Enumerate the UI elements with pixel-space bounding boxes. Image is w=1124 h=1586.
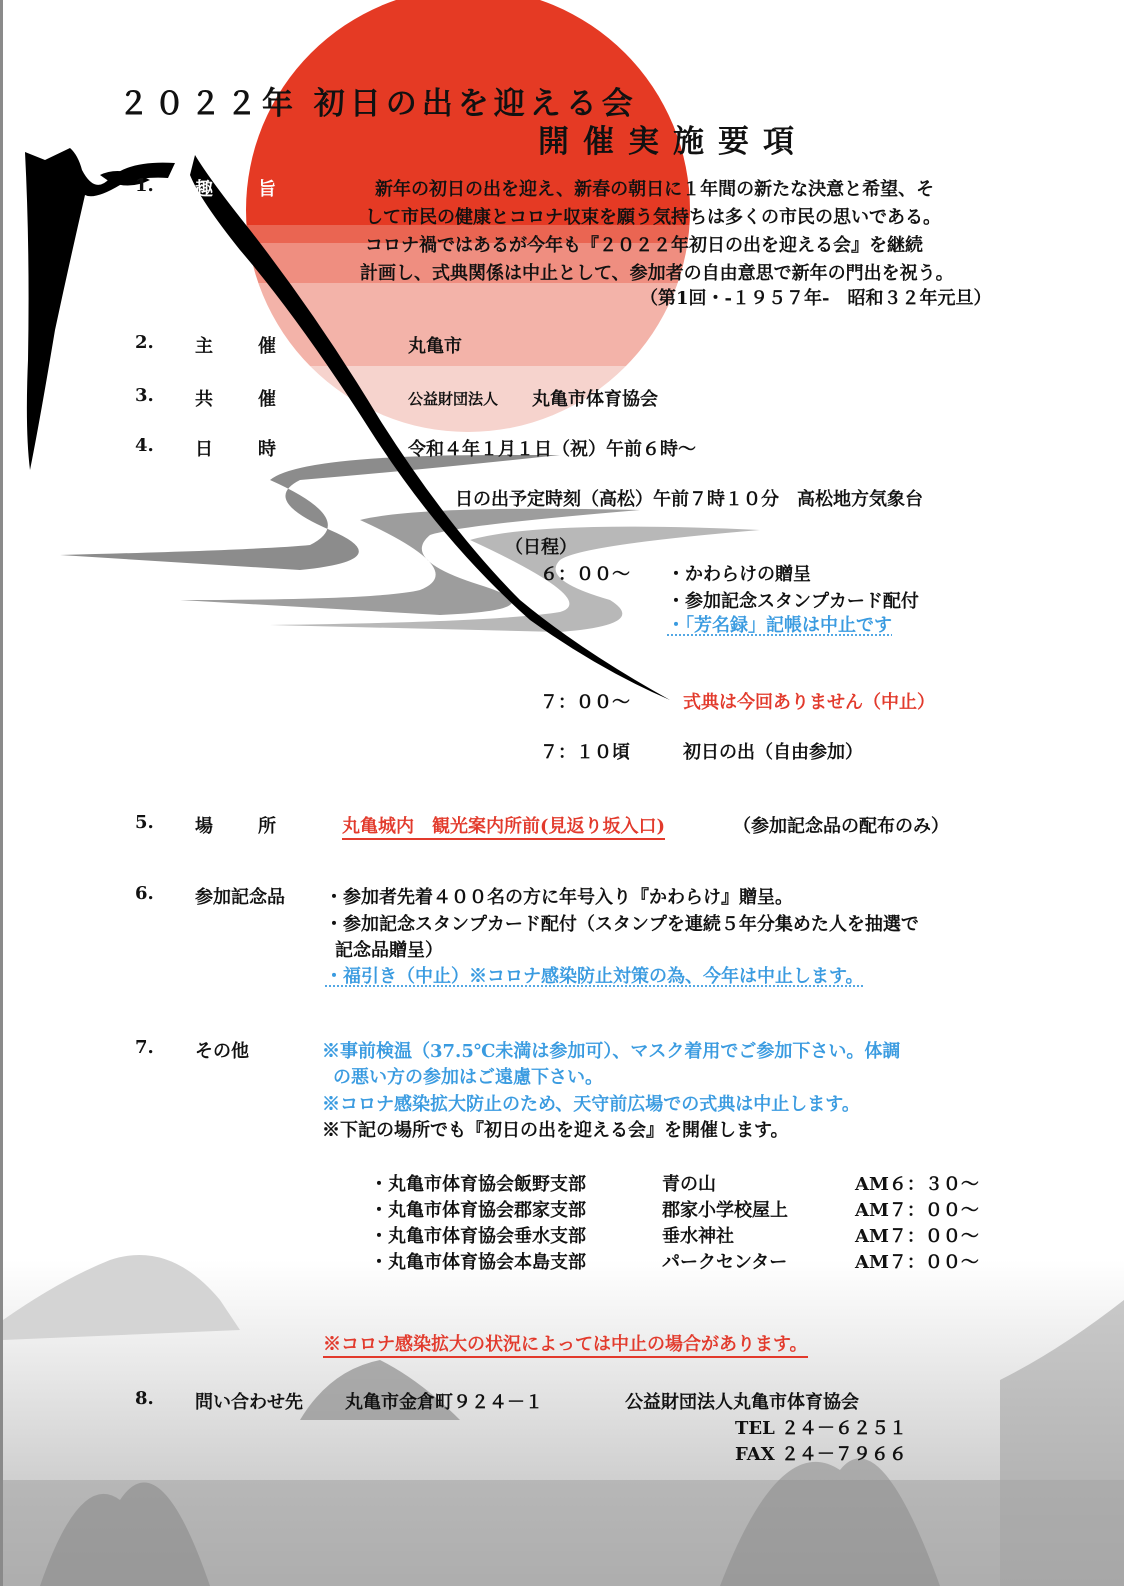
s4-label-a: 日	[195, 435, 213, 461]
s5-number: 5.	[135, 812, 154, 833]
ceremony-cancelled: 式典は今回ありません（中止）	[683, 688, 935, 714]
branch-1-name: ・丸亀市体育協会飯野支部	[370, 1170, 586, 1196]
branch-4-name: ・丸亀市体育協会本島支部	[370, 1248, 586, 1274]
city-photo	[3, 1255, 1124, 1586]
contact-organization: 公益財団法人丸亀市体育協会	[625, 1388, 859, 1414]
s4-number: 4.	[135, 435, 154, 456]
branch-2-time: AM７：００～	[855, 1196, 979, 1222]
schedule-item-1b: ・参加記念スタンプカード配付	[667, 587, 919, 613]
guestbook-cancelled-note: ・「芳名録」記帳は中止です	[667, 615, 892, 636]
s8-number: 8.	[135, 1388, 154, 1409]
s1-line-2: して市民の健康とコロナ収束を願う気持ちは多くの市民の思いである。	[365, 203, 941, 229]
venue-note: （参加記念品の配布のみ）	[733, 812, 949, 838]
branch-2-name: ・丸亀市体育協会郡家支部	[370, 1196, 586, 1222]
s3-value-prefix: 公益財団法人	[408, 388, 498, 409]
branch-4-place: パークセンター	[662, 1248, 787, 1274]
s6-line-1: ・参加者先着４００名の方に年号入り『かわらけ』贈呈。	[325, 883, 793, 909]
s5-label-a: 場	[195, 812, 213, 838]
s3-number: 3.	[135, 385, 154, 406]
sunrise-time: 日の出予定時刻（高松）午前７時１０分 高松地方気象台	[455, 485, 923, 511]
schedule-item-3: 初日の出（自由参加）	[683, 738, 863, 764]
s1-label-a: 趣	[195, 175, 213, 201]
branch-1-place: 青の山	[662, 1170, 716, 1196]
branch-2-place: 郡家小学校屋上	[662, 1196, 788, 1222]
s7-blue-line-1: ※事前検温（37.5℃未満は参加可）、マスク着用でご参加下さい。体調	[322, 1037, 900, 1063]
schedule-time-2: ７：００～	[540, 688, 630, 714]
contact-tel: TEL ２４－６２５１	[735, 1414, 907, 1440]
branch-3-time: AM７：００～	[855, 1222, 979, 1248]
s7-number: 7.	[135, 1037, 154, 1058]
s7-black-line: ※下記の場所でも『初日の出を迎える会』を開催します。	[322, 1116, 789, 1142]
s6-number: 6.	[135, 883, 154, 904]
s1-number: 1.	[135, 175, 154, 196]
s3-value: 丸亀市体育協会	[532, 385, 658, 411]
s4-label-b: 時	[258, 435, 276, 461]
s1-line-3: コロナ禍ではあるが今年も『２０２２年初日の出を迎える会』を継続	[365, 231, 923, 257]
s7-blue-line-2: の悪い方の参加はご遠慮下さい。	[333, 1063, 603, 1089]
s2-number: 2.	[135, 332, 154, 353]
branch-3-place: 垂水神社	[662, 1222, 734, 1248]
lottery-cancelled-note: ・福引き（中止）※コロナ感染防止対策の為、今年は中止します。	[325, 966, 864, 987]
s1-line-5: （第1回・-１９５７年- 昭和３２年元旦）	[640, 284, 991, 310]
s1-line-1: 新年の初日の出を迎え、新春の朝日に１年間の新たな決意と希望、そ	[375, 175, 934, 201]
s1-line-4: 計画し、式典関係は中止として、参加者の自由意思で新年の門出を祝う。	[360, 259, 954, 285]
s1-label-b: 旨	[258, 175, 276, 201]
s2-value: 丸亀市	[408, 332, 462, 358]
s2-label-a: 主	[195, 332, 213, 358]
s3-label-b: 催	[258, 385, 276, 411]
s7-label: その他	[195, 1037, 249, 1063]
venue-location: 丸亀城内 観光案内所前(見返り坂入口)	[342, 816, 665, 840]
branch-4-time: AM７：００～	[855, 1248, 979, 1274]
contact-address: 丸亀市金倉町９２４－１	[345, 1388, 543, 1414]
s2-label-b: 催	[258, 332, 276, 358]
s6-line-2: ・参加記念スタンプカード配付（スタンプを連続５年分集めた人を抽選で	[325, 910, 919, 936]
cancellation-warning: ※コロナ感染拡大の状況によっては中止の場合があります。	[323, 1334, 808, 1358]
branch-1-time: AM６：３０～	[855, 1170, 979, 1196]
s6-line-3: 記念品贈呈）	[335, 936, 443, 962]
s5-label-b: 所	[258, 812, 276, 838]
s8-label: 問い合わせ先	[195, 1388, 303, 1414]
schedule-time-1: ６：００～	[540, 560, 630, 586]
schedule-label: （日程）	[505, 533, 577, 559]
s4-value: 令和４年１月１日（祝）午前６時～	[408, 435, 696, 461]
s6-label: 参加記念品	[195, 883, 285, 909]
schedule-time-3: ７：１０頃	[540, 738, 630, 764]
branch-3-name: ・丸亀市体育協会垂水支部	[370, 1222, 586, 1248]
s7-blue-line-3: ※コロナ感染拡大防止のため、天守前広場での式典は中止します。	[322, 1090, 860, 1116]
contact-fax: FAX ２４－７９６６	[735, 1440, 907, 1466]
schedule-item-1a: ・かわらけの贈呈	[667, 560, 811, 586]
s3-label-a: 共	[195, 385, 213, 411]
title-line-2: 開催実施要項	[538, 116, 808, 161]
